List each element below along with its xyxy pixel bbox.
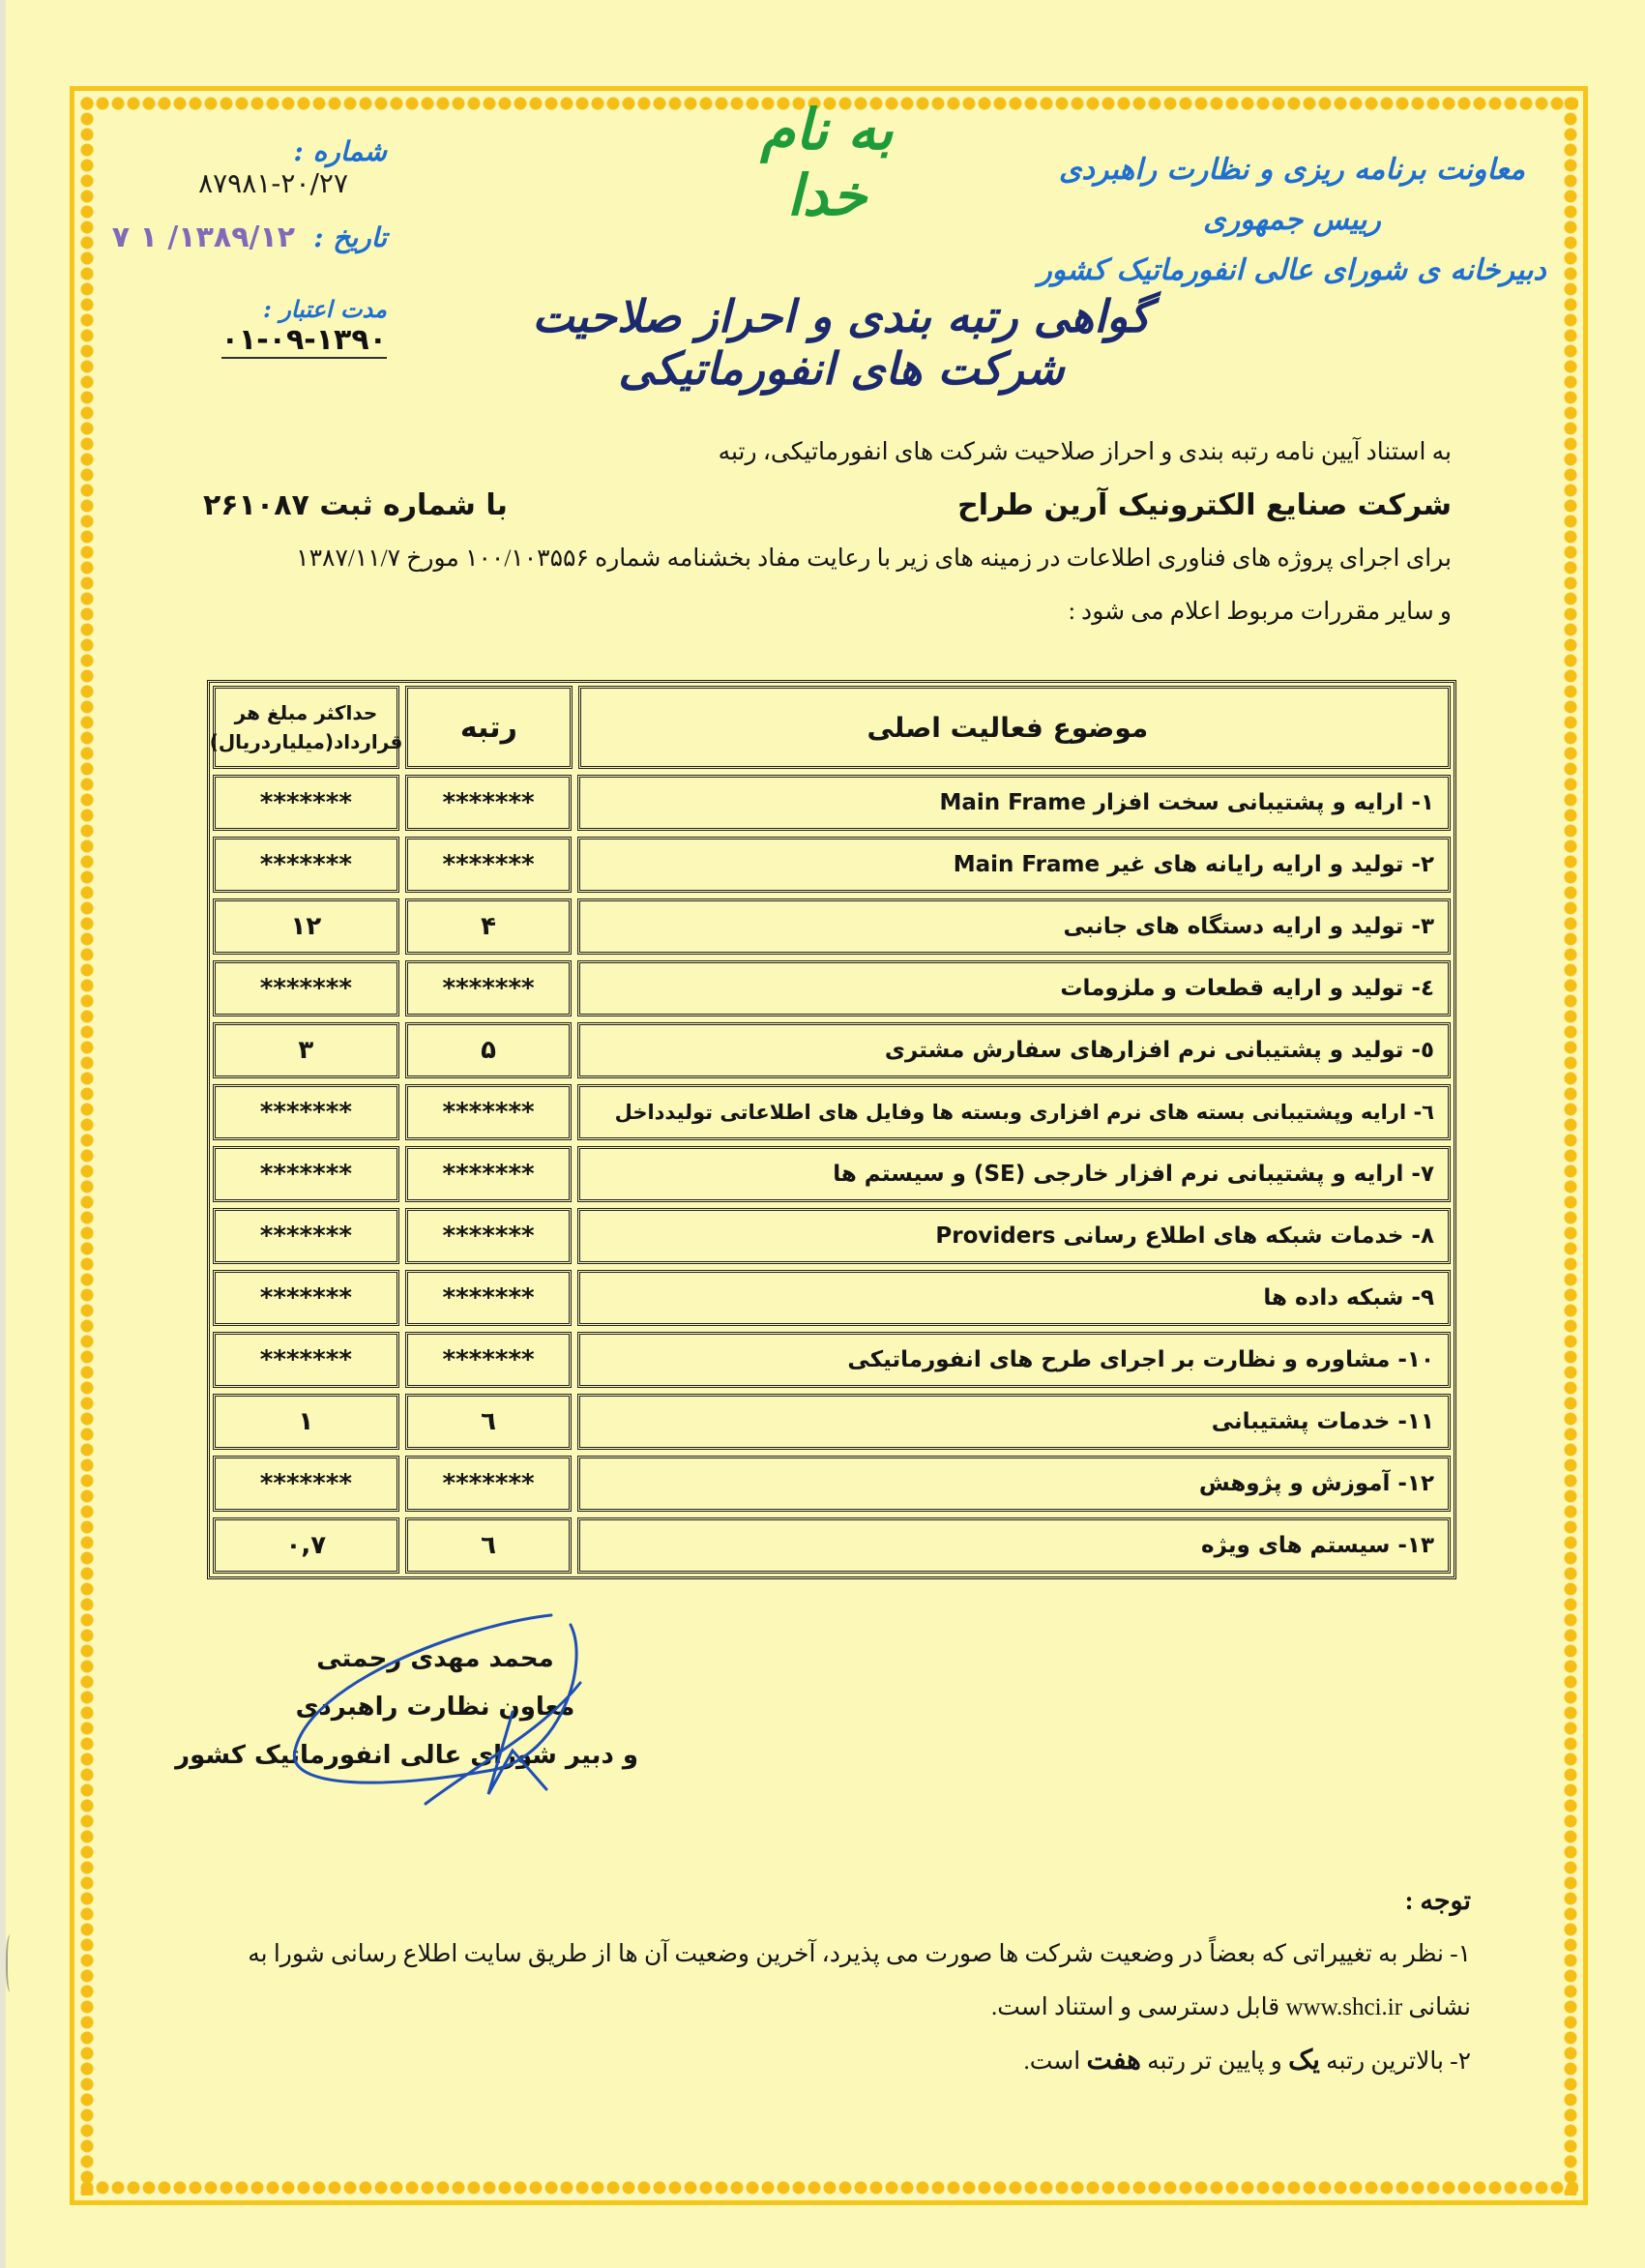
header-topic: موضوع فعالیت اصلی [578,686,1451,769]
row-topic: ۱۰- مشاوره و نظارت بر اجرای طرح های انفو… [577,1332,1451,1388]
row-rank: ******* [405,1270,573,1326]
row-rank: ٦ [405,1517,573,1574]
row-topic: ۱۲- آموزش و پژوهش [577,1456,1451,1512]
table-row: ٥- تولید و پشتیبانی نرم افزارهای سفارش م… [213,1022,1451,1078]
validity-period: مدت اعتبار : ۱۳۹۰-۰۹-۰۱ [106,295,387,357]
notes-title: توجه : [1405,1886,1471,1916]
row-rank: ۴ [405,898,573,955]
row-max-amount: ******* [213,775,399,831]
table-row: ۸- خدمات شبکه های اطلاع رسانی Providers*… [213,1208,1451,1264]
header-max-amount: حداکثر مبلغ هر قرارداد(میلیاردریال) [213,686,399,769]
row-rank: ******* [405,960,573,1016]
row-max-amount: ******* [213,1208,399,1264]
row-rank: ******* [405,1084,573,1140]
organization-line-1: معاونت برنامه ریزی و نظارت راهبردی رییس … [1021,145,1563,246]
row-topic: ۲- تولید و ارایه رایانه های غیر Main Fra… [577,837,1451,893]
table-row: ۳- تولید و ارایه دستگاه های جانبی۴۱۲ [213,898,1451,955]
row-max-amount: ******* [213,1146,399,1202]
row-topic: ۱- ارایه و پشتیبانی سخت افزار Main Frame [577,775,1451,831]
row-topic: ۱۳- سیستم های ویژه [577,1517,1451,1574]
note-2-text: و پایین تر رتبه [1141,2048,1288,2075]
table-row: ۲- تولید و ارایه رایانه های غیر Main Fra… [213,837,1451,893]
letter-date: تاریخ : ۱۳۸۹/۱۲/ ۱ ۷ [58,221,387,254]
issuing-organization: معاونت برنامه ریزی و نظارت راهبردی رییس … [1021,145,1563,296]
table-header-row: موضوع فعالیت اصلی رتبه حداکثر مبلغ هر قر… [213,686,1451,769]
row-topic: ٥- تولید و پشتیبانی نرم افزارهای سفارش م… [577,1022,1451,1078]
date-stamp-value: ۱۳۸۹/۱۲/ ۱ ۷ [112,221,295,254]
row-max-amount: ******* [213,960,399,1016]
scan-edge [0,0,6,2268]
note-1-line-1: ۱- نظر به تغییراتی که بعضاً در وضعیت شرک… [175,1929,1471,1980]
intro-line-4: و سایر مقررات مربوط اعلام می شود : [1069,593,1452,632]
row-max-amount: ۳ [213,1022,399,1078]
table-row: ٤- تولید و ارایه قطعات و ملزومات********… [213,960,1451,1016]
row-max-amount: ******* [213,1270,399,1326]
note-1-line-2: نشانی www.shci.ir قابل دسترسی و استناد ا… [175,1983,1471,2033]
table-row: ۱۱- خدمات پشتیبانی٦۱ [213,1394,1451,1450]
header-max-line-2: قرارداد(میلیاردریال) [210,727,403,756]
date-label: تاریخ : [313,221,387,253]
number-label: شماره : [294,135,387,167]
table-row: ۷- ارایه و پشتیبانی نرم افزار خارجی (SE)… [213,1146,1451,1202]
scan-artifact [6,1934,17,1992]
row-rank: ******* [405,837,573,893]
table-row: ۱۰- مشاوره و نظارت بر اجرای طرح های انفو… [213,1332,1451,1388]
table-row: ۱۳- سیستم های ویژه٦۰,۷ [213,1517,1451,1574]
note-2-highest-rank: یک [1288,2046,1320,2076]
note-2-text: ۲- بالاترین رتبه [1320,2048,1471,2075]
handwritten-signature [271,1605,600,1818]
intro-line-1: به استناد آیین نامه رتبه بندی و احراز صل… [719,433,1452,472]
row-max-amount: ******* [213,1332,399,1388]
header-max-line-1: حداکثر مبلغ هر [235,698,378,727]
validity-label: مدت اعتبار : [263,295,387,323]
row-topic: ۸- خدمات شبکه های اطلاع رسانی Providers [577,1208,1451,1264]
letter-number: شماره : ۲۰/۲۷-۸۷۹۸۱ [106,135,387,199]
row-max-amount: ۰,۷ [213,1517,399,1574]
row-topic: ٤- تولید و ارایه قطعات و ملزومات [577,960,1451,1016]
table-row: ۹- شبکه داده ها************** [213,1270,1451,1326]
header-rank: رتبه [405,686,573,769]
validity-value: ۱۳۹۰-۰۹-۰۱ [221,323,387,359]
row-rank: ******* [405,1332,573,1388]
intro-line-3: برای اجرای پروژه های فناوری اطلاعات در ز… [296,540,1452,578]
row-topic: ۹- شبکه داده ها [577,1270,1451,1326]
registration-number: با شماره ثبت ۲۶۱۰۸۷ [203,488,508,522]
row-max-amount: ۱۲ [213,898,399,955]
activity-rank-table: موضوع فعالیت اصلی رتبه حداکثر مبلغ هر قر… [207,680,1456,1579]
row-max-amount: ۱ [213,1394,399,1450]
table-row: ۱- ارایه و پشتیبانی سخت افزار Main Frame… [213,775,1451,831]
row-rank: ******* [405,1146,573,1202]
row-rank: ۵ [405,1022,573,1078]
table-row: ٦- ارایه وپشتیبانی بسته های نرم افزاری و… [213,1084,1451,1140]
row-topic: ۱۱- خدمات پشتیبانی [577,1394,1451,1450]
row-max-amount: ******* [213,1084,399,1140]
company-name: شرکت صنایع الکترونیک آرین طراح [957,488,1452,522]
row-rank: ******* [405,775,573,831]
row-max-amount: ******* [213,837,399,893]
note-2-lowest-rank: هفت [1086,2046,1140,2076]
row-rank: ******* [405,1208,573,1264]
note-2: ۲- بالاترین رتبه یک و پایین تر رتبه هفت … [175,2036,1471,2087]
row-topic: ۷- ارایه و پشتیبانی نرم افزار خارجی (SE)… [577,1146,1451,1202]
number-value: ۲۰/۲۷-۸۷۹۸۱ [198,167,348,199]
row-max-amount: ******* [213,1456,399,1512]
organization-line-2: دبیرخانه ی شورای عالی انفورماتیک کشور [1021,246,1563,296]
row-topic: ٦- ارایه وپشتیبانی بسته های نرم افزاری و… [577,1084,1451,1140]
certificate-title: گواهی رتبه بندی و احراز صلاحیت شرکت های … [503,290,1180,395]
note-2-text: است. [1024,2048,1087,2075]
bismillah-heading: به نام خدا [716,97,938,228]
row-rank: ٦ [405,1394,573,1450]
table-row: ۱۲- آموزش و پژوهش************** [213,1456,1451,1512]
row-topic: ۳- تولید و ارایه دستگاه های جانبی [577,898,1451,955]
row-rank: ******* [405,1456,573,1512]
